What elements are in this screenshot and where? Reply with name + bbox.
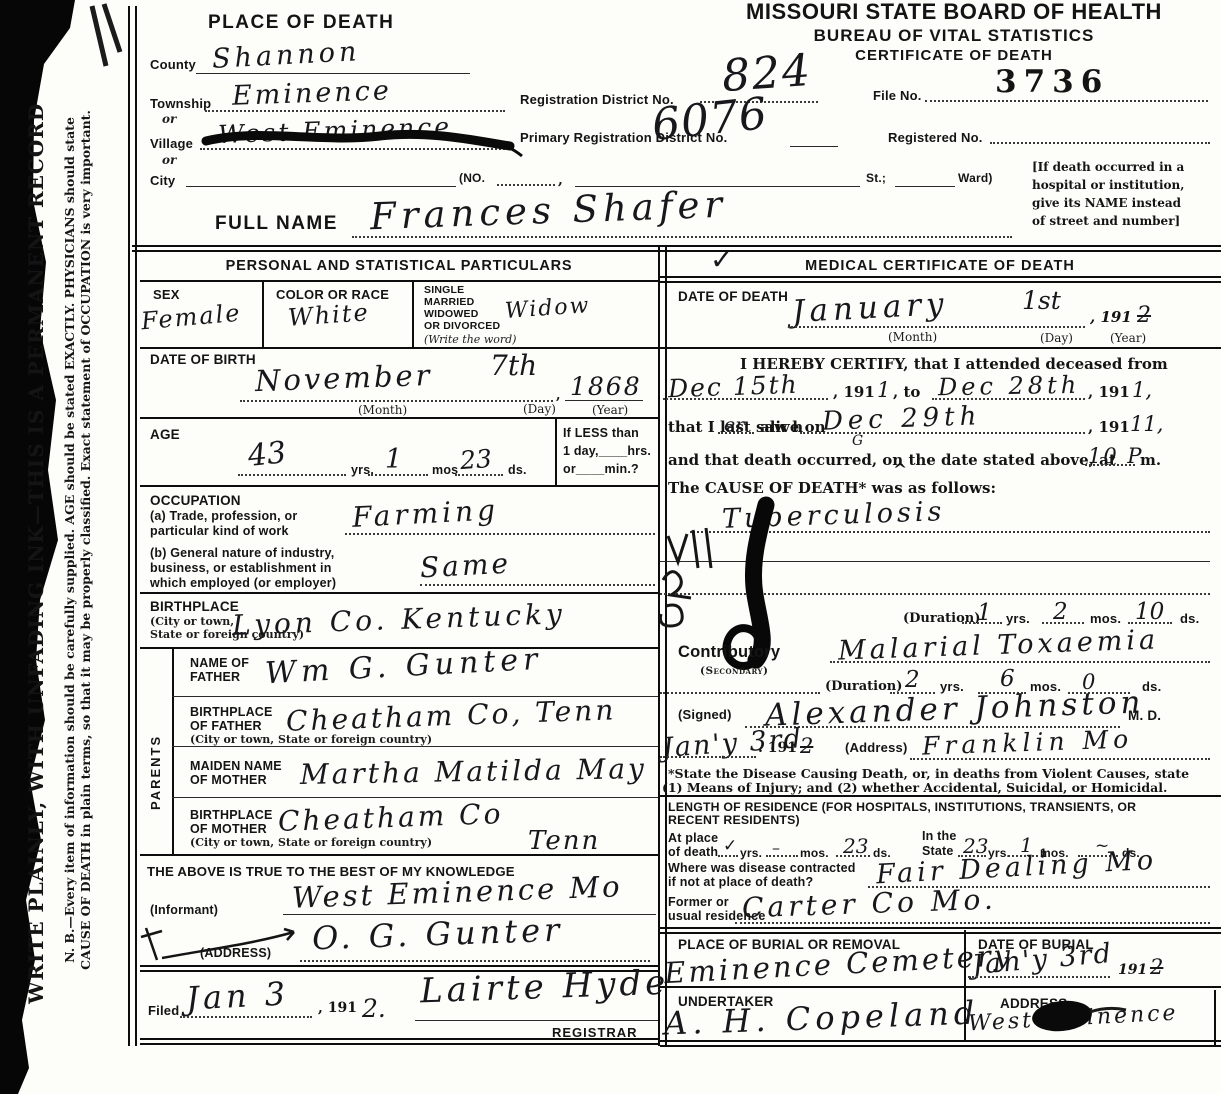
address-smudge-artwork (0, 0, 1221, 1094)
address-ink-smudge (1031, 998, 1094, 1034)
death-certificate-scan: WRITE PLAINLY, WITH UNFADING INK—THIS IS… (0, 0, 1221, 1094)
address-smudge-tail (1090, 1008, 1126, 1012)
